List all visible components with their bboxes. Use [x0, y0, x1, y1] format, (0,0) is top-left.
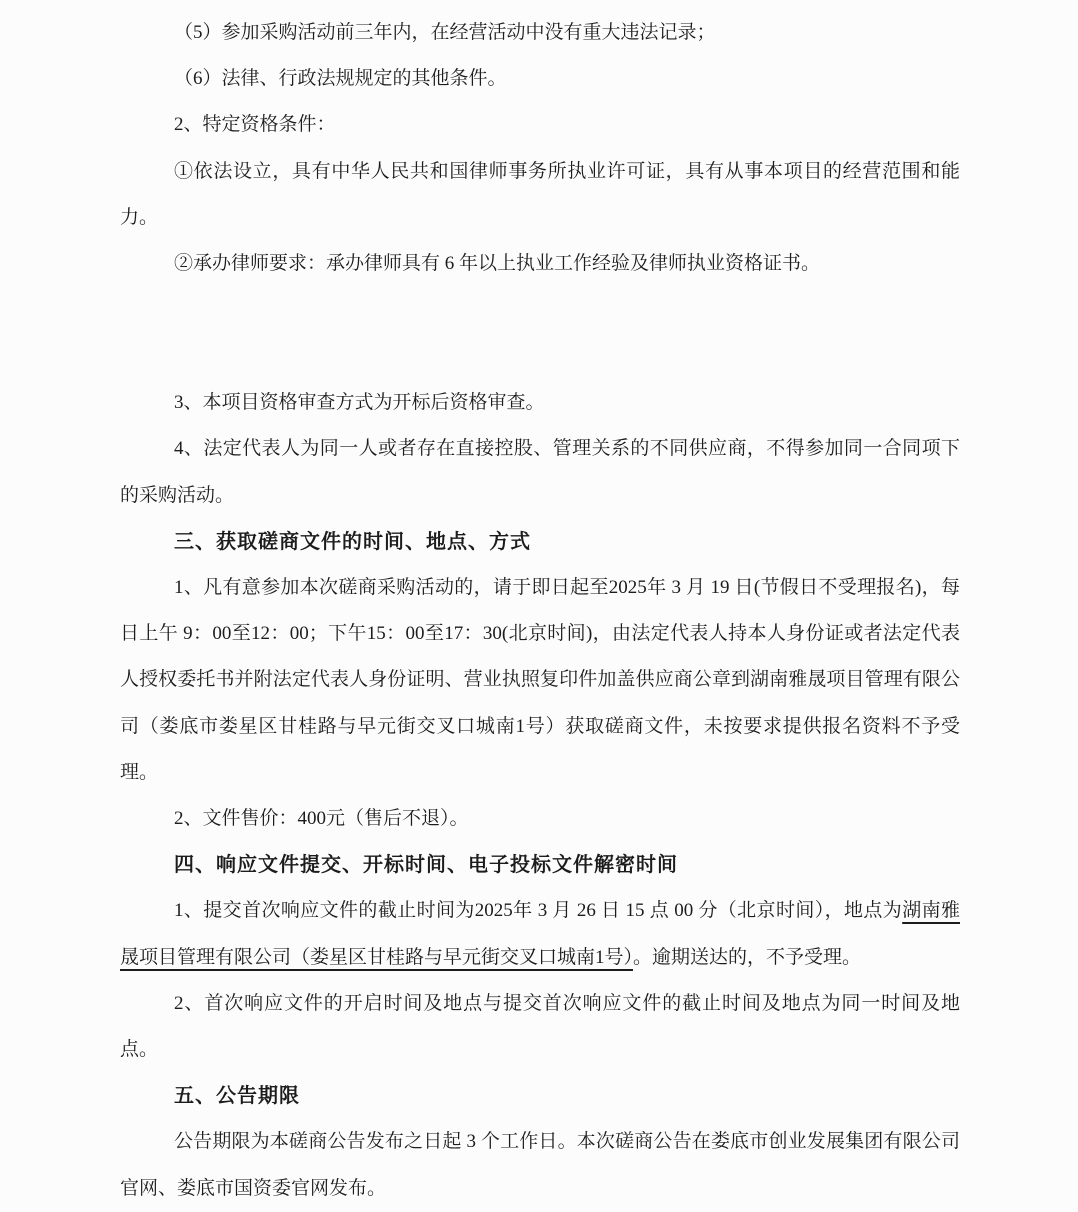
paragraph-announcement-period: 公告期限为本磋商公告发布之日起 3 个工作日。本次磋商公告在娄底市创业发展集团有…	[120, 1119, 960, 1211]
paragraph-same-legal-rep-rule: 4、法定代表人为同一人或者存在直接控股、管理关系的不同供应商，不得参加同一合同项…	[120, 426, 960, 518]
paragraph-submission-deadline: 1、提交首次响应文件的截止时间为2025年 3 月 26 日 15 点 00 分…	[120, 888, 960, 980]
late-delivery-text: 。逾期送达的，不予受理。	[633, 947, 861, 968]
paragraph-specific-qualification: 2、特定资格条件：	[120, 102, 960, 148]
deadline-text: 1、提交首次响应文件的截止时间为2025年 3 月 26 日 15 点 00 分…	[174, 900, 902, 921]
paragraph-document-price: 2、文件售价：400元（售后不退）。	[120, 796, 960, 842]
paragraph-opening-time-same: 2、首次响应文件的开启时间及地点与提交首次响应文件的截止时间及地点为同一时间及地…	[120, 981, 960, 1073]
paragraph-registration-details: 1、凡有意参加本次磋商采购活动的，请于即日起至2025年 3 月 19 日(节假…	[120, 565, 960, 796]
paragraph-item-5: （5）参加采购活动前三年内，在经营活动中没有重大违法记录；	[120, 10, 960, 56]
document-page: （5）参加采购活动前三年内，在经营活动中没有重大违法记录； （6）法律、行政法规…	[0, 0, 1078, 1212]
section-heading-4-submission-opening: 四、响应文件提交、开标时间、电子投标文件解密时间	[120, 842, 960, 888]
section-heading-5-announcement-period: 五、公告期限	[120, 1073, 960, 1119]
paragraph-qualification-2: ②承办律师要求：承办律师具有 6 年以上执业工作经验及律师执业资格证书。	[120, 241, 960, 287]
paragraph-review-method: 3、本项目资格审查方式为开标后资格审查。	[120, 380, 960, 426]
blank-gap	[120, 287, 960, 380]
section-heading-3-obtain-documents: 三、获取磋商文件的时间、地点、方式	[120, 519, 960, 565]
paragraph-item-6: （6）法律、行政法规规定的其他条件。	[120, 56, 960, 102]
paragraph-qualification-1: ①依法设立，具有中华人民共和国律师事务所执业许可证，具有从事本项目的经营范围和能…	[120, 149, 960, 241]
